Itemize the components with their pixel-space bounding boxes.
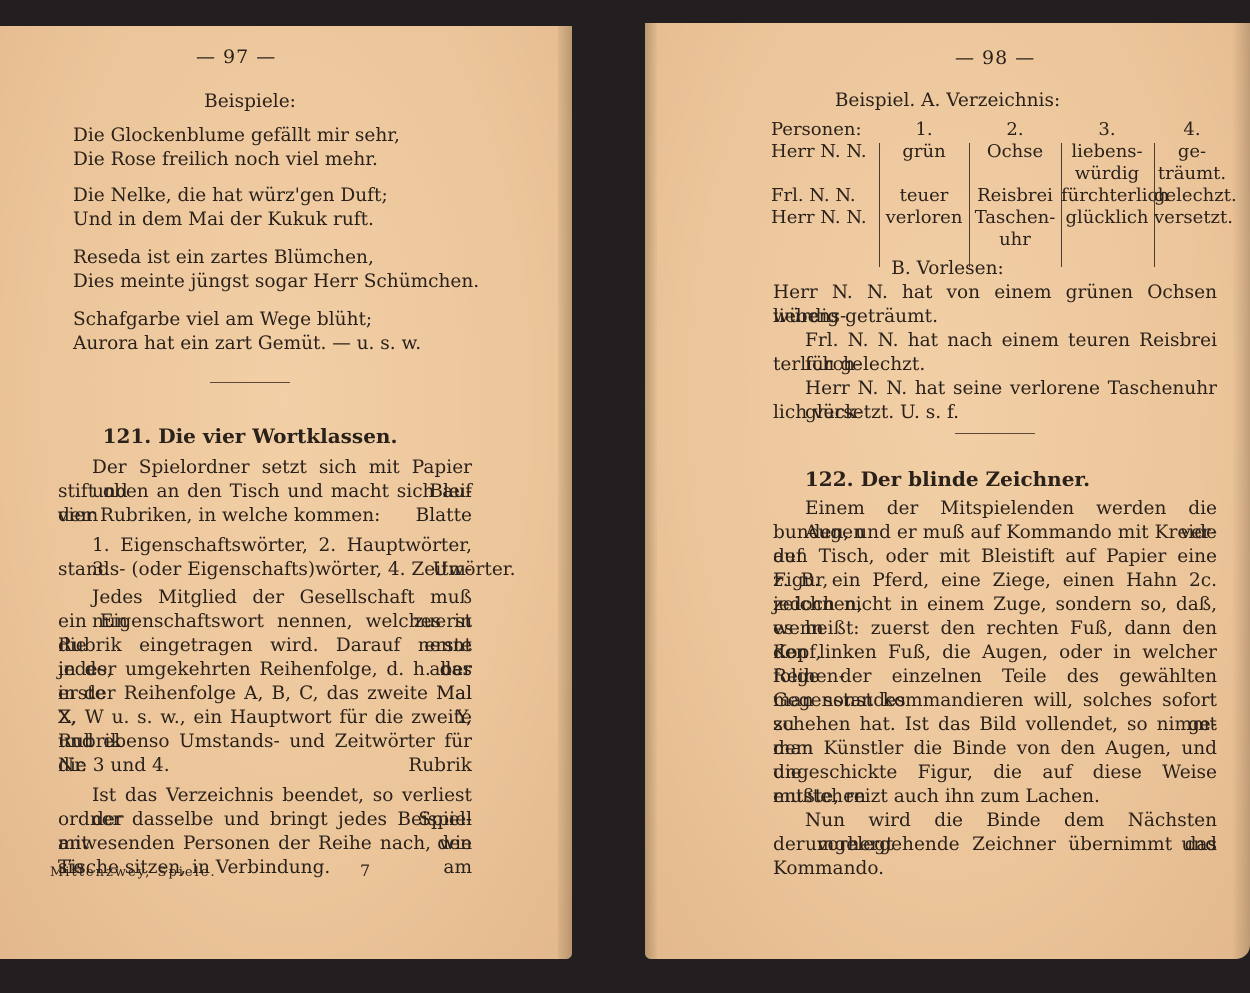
column-1: 1. grün teuer verloren	[879, 119, 969, 229]
verse-line: Die Rose freilich noch viel mehr.	[73, 148, 378, 172]
table-cell: fürchterlich	[1061, 185, 1153, 207]
table-cell: ge-	[1154, 141, 1230, 163]
verse-line: Die Glockenblume gefällt mir sehr,	[73, 124, 400, 148]
verse-line: Reseda ist ein zartes Blümchen,	[73, 246, 374, 270]
paragraph-line: vier Rubriken, in welche kommen:	[58, 504, 380, 528]
persons-column: Personen: Herr N. N. Frl. N. N. Herr N. …	[771, 119, 871, 229]
column-header: Personen:	[771, 119, 871, 141]
column-header: 3.	[1061, 119, 1153, 141]
paragraph-line: mußte, reizt auch ihn zum Lachen.	[773, 785, 1100, 809]
page-number: — 98 —	[955, 47, 1035, 69]
right-page: — 98 — Beispiel. A. Verzeichnis: Persone…	[645, 23, 1250, 959]
table-cell: teuer	[879, 185, 969, 207]
page-number: — 97 —	[196, 46, 276, 68]
column-header: 4.	[1154, 119, 1230, 141]
column-2: 2. Ochse Reisbrei Taschen- uhr	[969, 119, 1061, 251]
verse-line: Schafgarbe viel am Wege blüht;	[73, 308, 372, 332]
section-title: 121. Die vier Wortklassen.	[0, 424, 500, 448]
table-cell: versetzt.	[1154, 207, 1230, 229]
table-cell: Reisbrei	[969, 185, 1061, 207]
table-cell: Herr N. N.	[771, 207, 871, 229]
example-heading: Beispiel. A. Verzeichnis:	[645, 89, 1250, 113]
table-cell: Taschen-	[969, 207, 1061, 229]
table-cell: liebens-	[1061, 141, 1153, 163]
verse-line: Die Nelke, die hat würz'gen Duft;	[73, 184, 388, 208]
table-cell: träumt.	[1154, 163, 1230, 185]
table-cell: gelechzt.	[1154, 185, 1230, 207]
table-cell: Ochse	[969, 141, 1061, 163]
column-3: 3. liebens- würdig fürchterlich glücklic…	[1061, 119, 1153, 229]
table-cell: Herr N. N.	[771, 141, 871, 163]
section-divider	[210, 382, 290, 383]
column-header: 2.	[969, 119, 1061, 141]
table-cell: glücklich	[1061, 207, 1153, 229]
reading-heading: B. Vorlesen:	[645, 257, 1250, 281]
table-cell: würdig	[1061, 163, 1153, 185]
column-header: 1.	[879, 119, 969, 141]
footer-author-title: Mittenzwey, Spiele.	[50, 861, 217, 885]
verse-line: Aurora hat ein zart Gemüt. — u. s. w.	[73, 332, 421, 356]
signature-mark: 7	[360, 859, 370, 883]
column-4: 4. ge- träumt. gelechzt. versetzt.	[1154, 119, 1230, 229]
paragraph-line: der vorhergehende Zeichner übernimmt das…	[773, 833, 1217, 881]
section-title: 122. Der blinde Zeichner.	[645, 467, 1250, 491]
paragraph-line: Nr. 3 und 4.	[58, 754, 170, 778]
table-cell: verloren	[879, 207, 969, 229]
reading-line: lich versetzt. U. s. f.	[773, 401, 959, 425]
table-cell: Frl. N. N.	[771, 185, 871, 207]
reading-line: terlich gelechzt.	[773, 353, 925, 377]
table-cell: grün	[879, 141, 969, 163]
table-cell: uhr	[969, 229, 1061, 251]
examples-heading: Beispiele:	[0, 90, 500, 114]
paragraph-line: stands- (oder Eigenschafts)wörter, 4. Ze…	[58, 558, 515, 582]
section-divider	[955, 433, 1035, 434]
verse-line: Dies meinte jüngst sogar Herr Schümchen.	[73, 270, 479, 294]
left-page: — 97 — Beispiele: Die Glockenblume gefäl…	[0, 26, 572, 959]
verse-line: Und in dem Mai der Kukuk ruft.	[73, 208, 374, 232]
reading-line: würdig geträumt.	[773, 305, 938, 329]
